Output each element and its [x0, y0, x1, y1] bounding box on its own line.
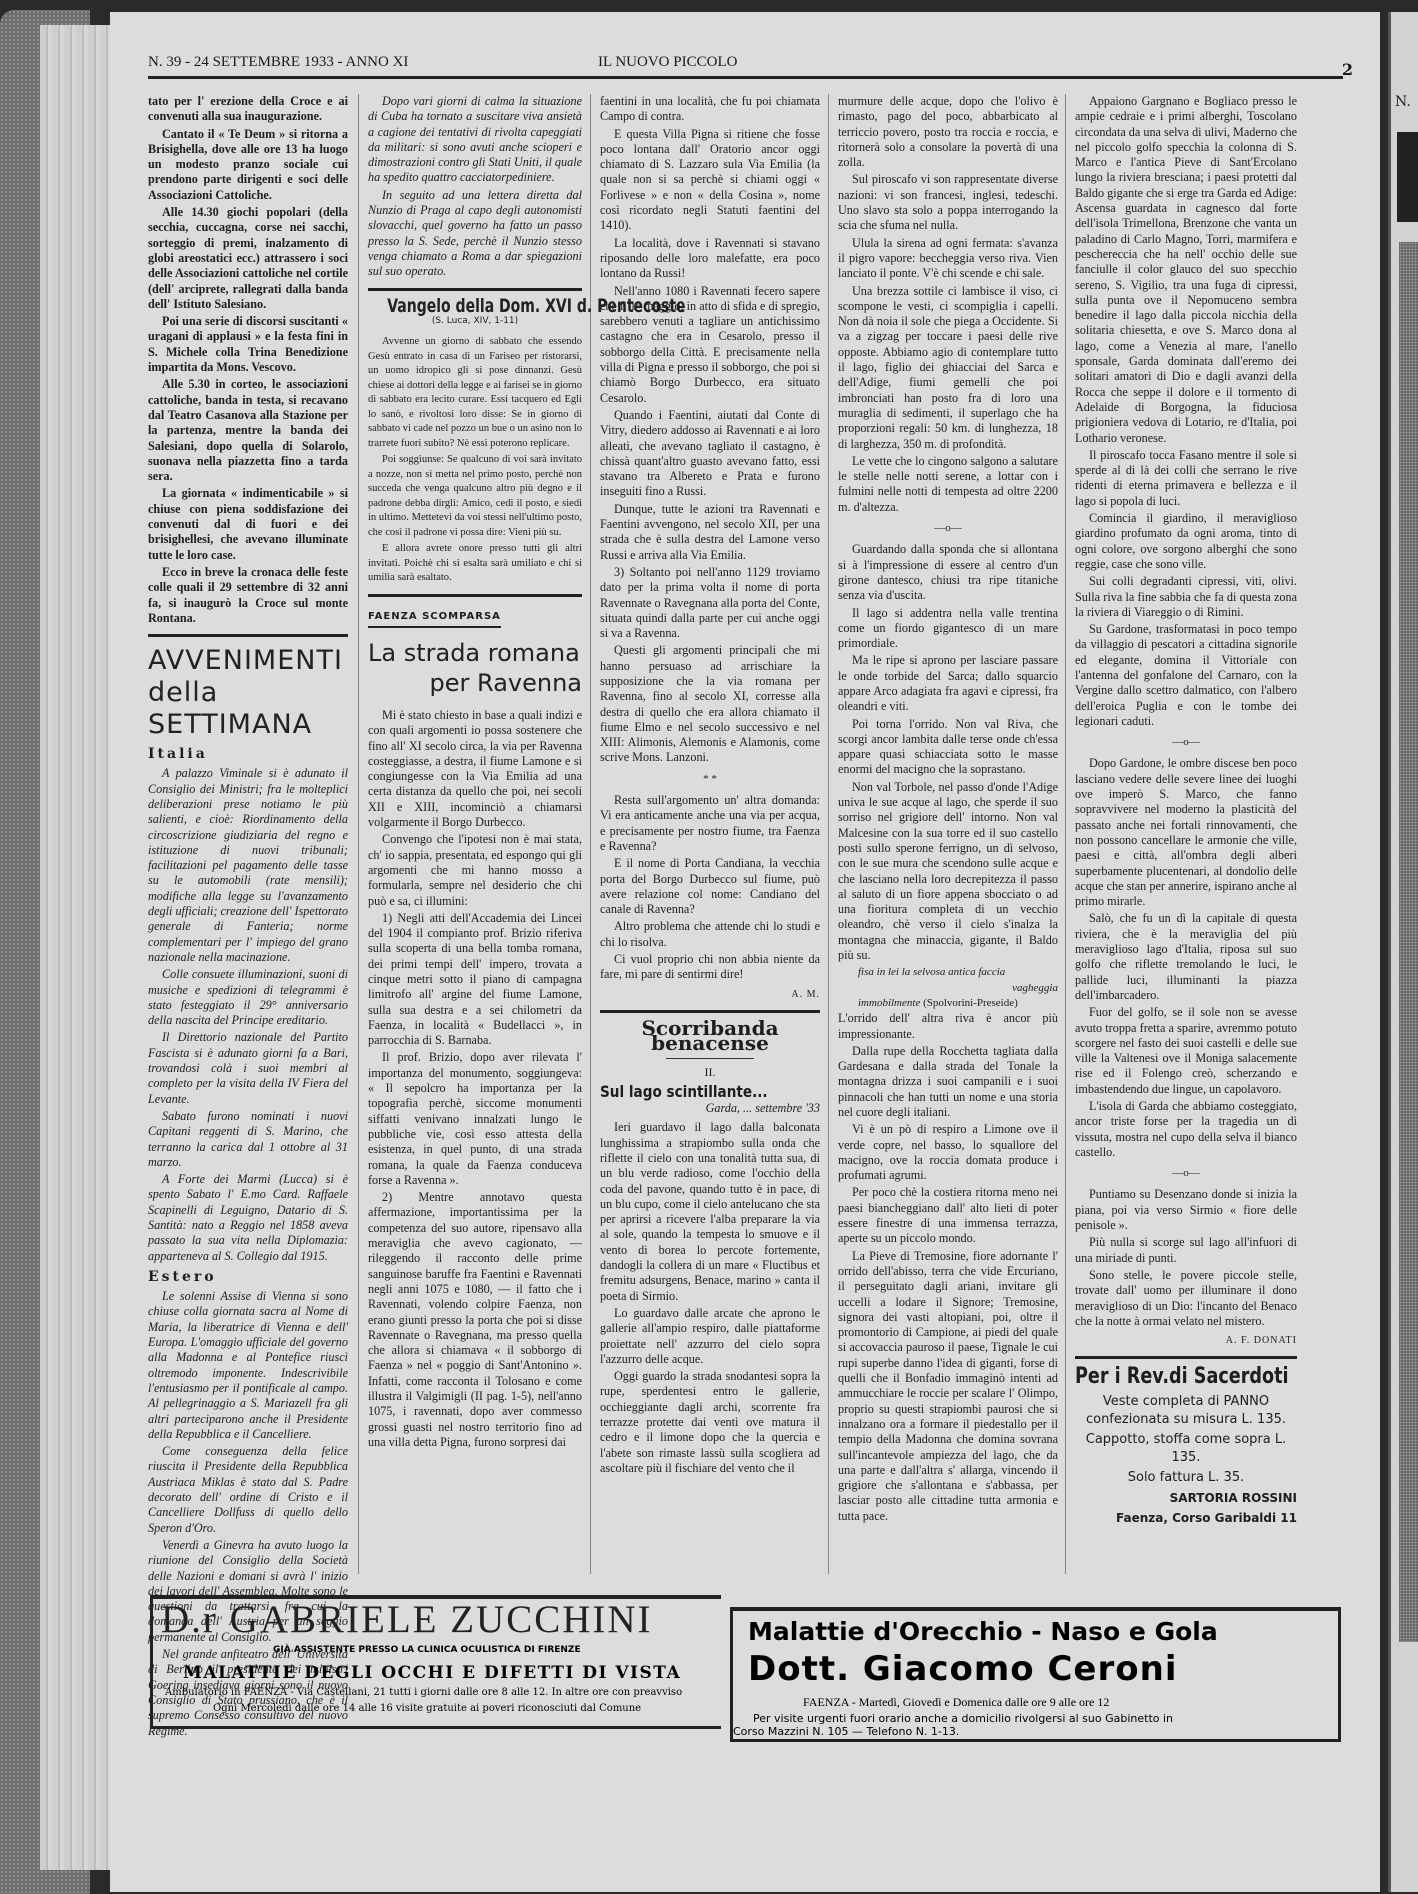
paragraph: Quando i Faentini, aiutati dal Conte di … [600, 408, 820, 500]
paragraph: Il Direttorio nazionale del Partito Fasc… [148, 1030, 348, 1106]
page-number: 2 [1342, 60, 1353, 79]
masthead: IL NUOVO PICCOLO [598, 54, 737, 71]
article-subtitle: Sul lago scintillante... [600, 1084, 787, 1099]
paragraph: Ci vuol proprio chi non abbia niente da … [600, 952, 820, 983]
paragraph: faentini in una località, che fu poi chi… [600, 94, 820, 125]
paragraph: Non val Torbole, nel passo d'onde l'Adig… [838, 780, 1058, 964]
column-2: Dopo vari giorni di calma la situazione … [368, 94, 582, 1452]
paragraph: Nell'anno 1080 i Ravennati fecero sapere… [600, 284, 820, 406]
title-rule [666, 1058, 754, 1059]
adjacent-page-image [1399, 242, 1418, 1642]
section-rule [148, 634, 348, 637]
paragraph: E allora avrete onore presso tutti gli a… [368, 542, 582, 586]
ad-title: Per i Rev.di Sacerdoti [1075, 1369, 1253, 1384]
paragraph: L'orrido dell' altra riva è ancor più im… [838, 1011, 1058, 1042]
paragraph: Questi gli argomenti principali che mi h… [600, 643, 820, 765]
paragraph: 1) Negli atti dell'Accademia dei Lincei … [368, 911, 582, 1049]
separator: * * [600, 772, 820, 787]
paragraph: La località, dove i Ravennati si stavano… [600, 236, 820, 282]
paragraph: Cantato il « Te Deum » si ritorna a Bris… [148, 127, 348, 203]
column-divider [358, 94, 359, 1574]
vangelo-title: Vangelo della Dom. XVI d. Pentecoste [387, 299, 562, 314]
paragraph: Per poco chè la costiera ritorna meno ne… [838, 1185, 1058, 1246]
ad-specialty: MALATTIE DEGLI OCCHI E DIFETTI DI VISTA [183, 1663, 681, 1683]
article-title-line-1: La strada romana [368, 639, 580, 667]
paragraph: tato per l' erezione della Croce e ai co… [148, 94, 348, 125]
paragraph: murmure delle acque, dopo che l'olivo è … [838, 94, 1058, 170]
ad-hours: Ambulatorio in FAENZA - Via Castellani, … [165, 1687, 682, 1698]
paragraph: Su Gardone, trasformatasi in poco tempo … [1075, 622, 1297, 729]
column-divider [1065, 94, 1066, 1574]
paragraph: Sui colli degradanti cipressi, viti, oli… [1075, 574, 1297, 620]
brisighella-article: tato per l' erezione della Croce e ai co… [148, 94, 348, 626]
paragraph: Resta sull'argomento un' altra domanda: … [600, 793, 820, 854]
paragraph: La giornata « indimenticabile » si chius… [148, 486, 348, 562]
section-title-line-2: della SETTIMANA [148, 677, 348, 741]
paragraph: Altro problema che attende chi lo studi … [600, 919, 820, 950]
paragraph: Colle consuete illuminazioni, suoni di m… [148, 967, 348, 1028]
paragraph: Ma le ripe si aprono per lasciare passar… [838, 653, 1058, 714]
paragraph: Dopo vari giorni di calma la situazione … [368, 94, 582, 186]
paragraph: Oggi guardo la strada snodantesi sopra l… [600, 1369, 820, 1476]
paragraph: Le vette che lo cingono salgono a saluta… [838, 454, 1058, 515]
paragraph: Poi torna l'orrido. Non val Riva, che sc… [838, 717, 1058, 778]
paragraph: E questa Villa Pigna si ritiene che foss… [600, 127, 820, 234]
paragraph: Dopo Gardone, le ombre discese ben poco … [1075, 756, 1297, 909]
ad-free-visits: Ogni Mercoledì dalle ore 14 alle 16 visi… [213, 1703, 641, 1714]
separator: —o— [1075, 735, 1297, 750]
paragraph: Il lago si addentra nella valle trentina… [838, 606, 1058, 652]
paragraph: Lo guardavo dalle arcate che aprono le g… [600, 1306, 820, 1367]
quote-line: vagheggia [858, 981, 1058, 996]
paragraph: Avvenne un giorno di sabbato che essendo… [368, 335, 582, 451]
column-5: Appaiono Gargnano e Bogliaco presso le a… [1075, 94, 1297, 1529]
section-title-line-1: AVVENIMENTI [148, 645, 348, 677]
paragraph: Guardando dalla sponda che si allontana … [838, 542, 1058, 603]
newspaper-page: N. 39 - 24 SETTEMBRE 1933 - ANNO XI IL N… [110, 12, 1380, 1892]
dateline: Garda, ... settembre '33 [600, 1101, 820, 1116]
zucchini-advertisement: D.r GABRIELE ZUCCHINI GIÀ ASSISTENTE PRE… [150, 1595, 721, 1729]
paragraph: Le solenni Assise di Vienna si sono chiu… [148, 1289, 348, 1442]
paragraph: Mi è stato chiesto in base a quali indiz… [368, 708, 582, 830]
italia-heading: Italia [148, 747, 348, 762]
paragraph: Salò, che fu un dì la capitale di questa… [1075, 911, 1297, 1003]
signature: A. F. DONATI [1075, 1333, 1297, 1348]
paragraph: Appaiono Gargnano e Bogliaco presso le a… [1075, 94, 1297, 446]
section-rule [600, 1010, 820, 1013]
paragraph: Convengo che l'ipotesi non è mai stata, … [368, 832, 582, 908]
paragraph: Puntiamo su Desenzano donde si inizia la… [1075, 1187, 1297, 1233]
issue-info: N. 39 - 24 SETTEMBRE 1933 - ANNO XI [148, 54, 408, 71]
ad-address: Corso Mazzini N. 105 — Telefono N. 1-13. [733, 1725, 959, 1738]
ceroni-advertisement: Malattie d'Orecchio - Naso e Gola Dott. … [730, 1607, 1341, 1742]
paragraph: Il piroscafo tocca Fasano mentre il sole… [1075, 448, 1297, 509]
ad-urgent-visits: Per visite urgenti fuori orario anche a … [753, 1712, 1173, 1725]
paragraph: A Forte dei Marmi (Lucca) si è spento Sa… [148, 1172, 348, 1264]
separator: —o— [838, 521, 1058, 536]
paragraph: In seguito ad una lettera diretta dal Nu… [368, 188, 582, 280]
paragraph: Ieri guardavo il lago dalla balconata lu… [600, 1120, 820, 1304]
paragraph: Sabato furono nominati i nuovi Capitani … [148, 1109, 348, 1170]
section-kicker: FAENZA SCOMPARSA [368, 609, 501, 628]
ad-line: Cappotto, stoffa come sopra L. 135. [1075, 1431, 1297, 1467]
column-4: murmure delle acque, dopo che l'olivo è … [838, 94, 1058, 1526]
paragraph: Comincia il giardino, il meraviglioso gi… [1075, 511, 1297, 572]
adjacent-page-edge: N. [1388, 12, 1418, 1892]
ad-line: Solo fattura L. 35. [1075, 1469, 1297, 1487]
column-3: faentini in una località, che fu poi chi… [600, 94, 820, 1478]
paragraph: Alle 14.30 giochi popolari (della secchi… [148, 205, 348, 312]
paragraph: A palazzo Viminale si è adunato il Consi… [148, 766, 348, 965]
quote-line: fisa in lei la selvosa antica faccia [858, 965, 1058, 980]
article-title: Scorribanda benacense [600, 1021, 820, 1052]
ad-subtitle: GIÀ ASSISTENTE PRESSO LA CLINICA OCULIST… [273, 1645, 581, 1655]
paragraph: Vi è un pò di respiro a Limone ove il ve… [838, 1122, 1058, 1183]
paragraph: L'isola di Garda che abbiamo costeggiato… [1075, 1099, 1297, 1160]
paragraph: Alle 5.30 in corteo, le associazioni cat… [148, 377, 348, 484]
article-title: La strada romana per Ravenna [368, 638, 582, 698]
poem-quote: fisa in lei la selvosa antica faccia vag… [838, 965, 1058, 1011]
signature: A. M. [600, 987, 820, 1002]
section-rule [368, 594, 582, 597]
adjacent-page-fragment: N. [1395, 94, 1411, 110]
paragraph: Dalla rupe della Rocchetta tagliata dall… [838, 1044, 1058, 1120]
paragraph: Poi soggiunse: Se qualcuno di voi sarà i… [368, 453, 582, 540]
column-1: tato per l' erezione della Croce e ai co… [148, 94, 348, 1741]
paragraph: Poi una serie di discorsi suscitanti « u… [148, 314, 348, 375]
estero-heading: Estero [148, 1270, 348, 1285]
ad-specialty: Malattie d'Orecchio - Naso e Gola [748, 1617, 1218, 1646]
section-rule [1075, 1356, 1297, 1359]
paragraph: Sono stelle, le povere piccole stelle, t… [1075, 1268, 1297, 1329]
adjacent-page-block [1397, 132, 1418, 222]
paragraph: 3) Soltanto poi nell'anno 1129 troviamo … [600, 565, 820, 641]
paragraph: 2) Mentre annotavo questa affermazione, … [368, 1190, 582, 1450]
paragraph: Ulula la sirena ad ogni fermata: s'avanz… [838, 236, 1058, 282]
page-header: N. 39 - 24 SETTEMBRE 1933 - ANNO XI IL N… [148, 52, 1343, 79]
paragraph: Dunque, tutte le azioni tra Ravennati e … [600, 502, 820, 563]
paragraph: Come conseguenza della felice riuscita i… [148, 1444, 348, 1536]
section-rule [368, 288, 582, 291]
quote-line: immobilmente [858, 997, 920, 1009]
section-title: AVVENIMENTI della SETTIMANA [148, 645, 348, 741]
paragraph: Fuor del golfo, se il sole non se avesse… [1075, 1005, 1297, 1097]
column-divider [828, 94, 829, 1574]
ad-doctor-name: Dott. Giacomo Ceroni [748, 1649, 1177, 1689]
quote-source: (Spolvorini-Preseide) [923, 997, 1018, 1009]
paragraph: Il prof. Brizio, dopo aver rilevata l' i… [368, 1050, 582, 1188]
paragraph: Più nulla si scorge sul lago all'infuori… [1075, 1235, 1297, 1266]
article-part-number: II. [600, 1065, 820, 1080]
ad-shop-name: SARTORIA ROSSINI [1075, 1489, 1297, 1507]
paragraph: La Pieve di Tremosine, fiore adornante l… [838, 1249, 1058, 1524]
tailor-advertisement: Per i Rev.di Sacerdoti Veste completa di… [1075, 1369, 1297, 1526]
ad-doctor-name: D.r GABRIELE ZUCCHINI [161, 1597, 653, 1642]
paragraph: Sul piroscafo vi son rappresentate diver… [838, 172, 1058, 233]
paragraph: E il nome di Porta Candiana, la vecchia … [600, 856, 820, 917]
separator: —o— [1075, 1166, 1297, 1181]
paragraph: Ecco in breve la cronaca delle feste col… [148, 565, 348, 626]
ad-hours: FAENZA - Martedì, Giovedì e Domenica dal… [803, 1695, 1109, 1710]
ad-line: Veste completa di PANNO confezionata su … [1075, 1393, 1297, 1429]
paragraph: Una brezza sottile ci lambisce il viso, … [838, 284, 1058, 452]
article-title-line-2: per Ravenna [368, 668, 582, 698]
ad-address: Faenza, Corso Garibaldi 11 [1075, 1509, 1297, 1527]
